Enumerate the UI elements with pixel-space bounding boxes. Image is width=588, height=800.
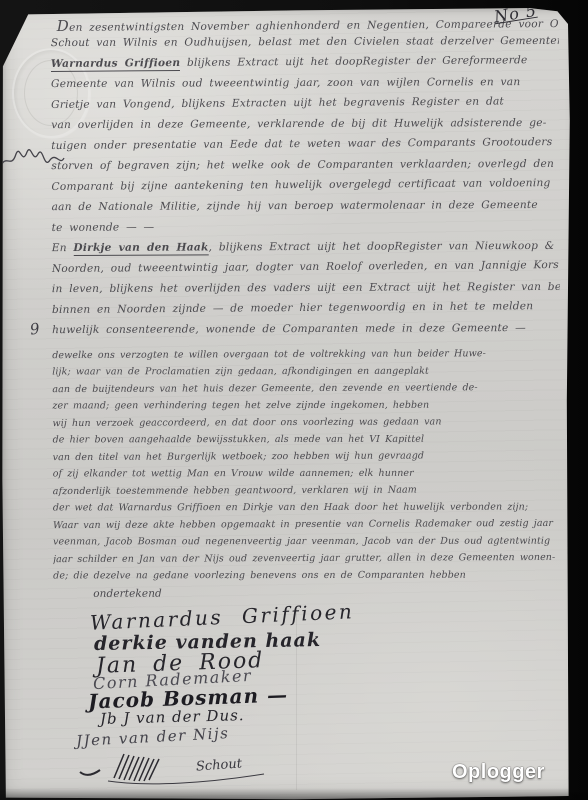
handwritten-line: de hier boven aangehaalde bewijsstukken,… — [53, 434, 561, 452]
handwritten-line: huwelijk consenteerende, wonende de Comp… — [52, 321, 560, 344]
handwritten-line: jaar schilder en Jan van der Nijs oud ze… — [53, 552, 561, 571]
handwritten-line: wij hun verzoek geaccordeerd, en dat doo… — [52, 416, 560, 435]
handwritten-line: zer maand; geen verhindering tegen het z… — [52, 400, 560, 418]
line-text: , blijkens Extract uijt het doopRegister… — [209, 239, 555, 253]
body-section-upper: Den zesentwintigsten November aghienhond… — [51, 14, 560, 344]
body-section-lower: dewelke ons verzogten te willen overgaan… — [52, 348, 561, 605]
underlined-name: Warnardus Griffioen — [51, 57, 180, 72]
handwritten-line: dewelke ons verzogten te willen overgaan… — [52, 348, 560, 367]
handwritten-line: de; die dezelve na gedane voorlezing ben… — [53, 570, 561, 588]
line-text: blijkens Extract uijt het doopRegister d… — [180, 54, 527, 69]
handwritten-line: lijk; waar van de Proclamatien zijn geda… — [52, 366, 560, 384]
signature-schout: Schout — [78, 750, 268, 786]
signature-jan-van-der-nijs: JJen van der Nijs — [76, 724, 230, 750]
handwritten-line: aan de buijtendeurs van het huis dezer G… — [52, 382, 560, 401]
handwritten-line: der wet dat Warnardus Griffioen en Dirkj… — [53, 502, 561, 520]
underlined-name: Dirkje van den Haak — [73, 241, 208, 256]
handwritten-line: afzonderlijk toestemmende hebben geantwo… — [53, 484, 561, 503]
scanned-document-view: No 5 9 Den zesentwintigsten November agh… — [0, 0, 588, 800]
handwritten-line: Waar van wij deze akte hebben opgemaakt … — [53, 518, 561, 537]
bottom-shadow — [0, 788, 588, 800]
body-text: Den zesentwintigsten November aghienhond… — [51, 14, 562, 605]
margin-figure: 9 — [29, 319, 41, 338]
paper-crease — [296, 610, 297, 790]
line-text: En — [52, 242, 74, 254]
handwritten-line: van den titel van het Burgerlijk wetboek… — [53, 450, 561, 469]
handwritten-line: veenman, Jacob Bosman oud negenenveertig… — [53, 536, 561, 554]
document-paper: No 5 9 Den zesentwintigsten November agh… — [0, 0, 588, 800]
schout-signature-label: Schout — [196, 756, 243, 774]
handwritten-line: of zij elkander tot wettig Man en Vrouw … — [53, 468, 561, 486]
top-edge-flourish — [288, 0, 328, 14]
watermark-label: Oplogger — [452, 761, 545, 784]
